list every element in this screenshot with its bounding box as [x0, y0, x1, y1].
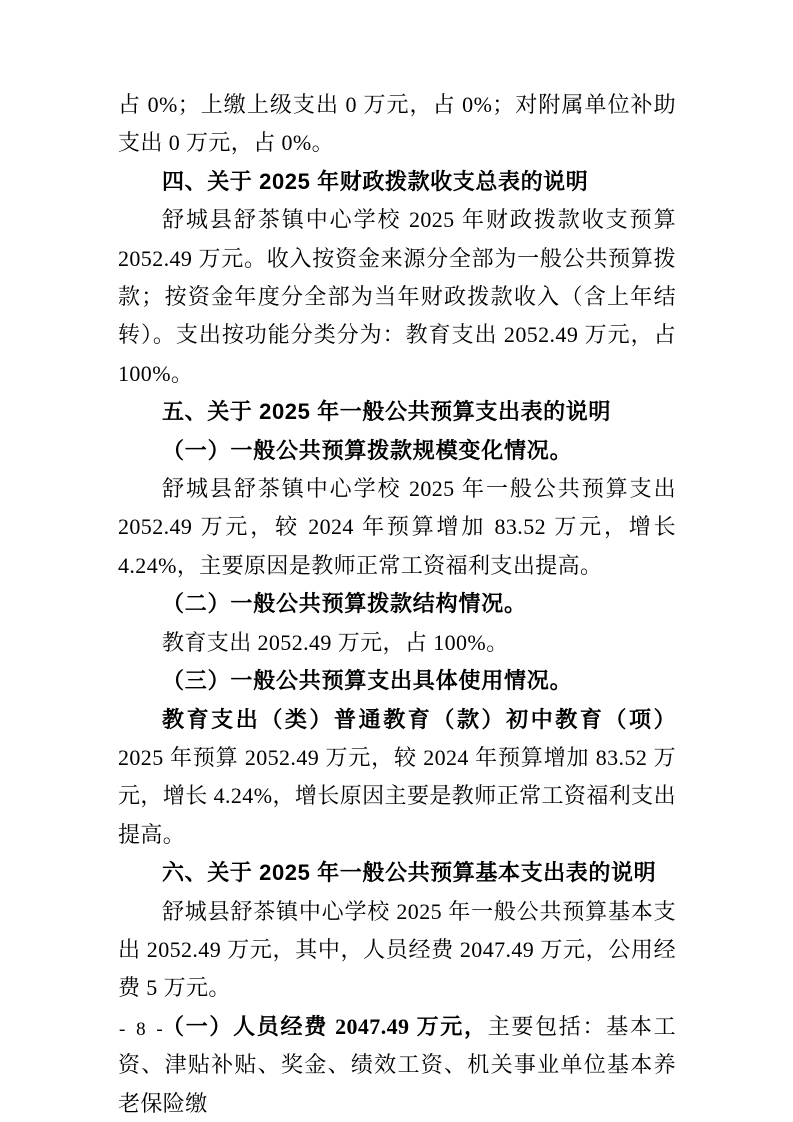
paragraph-section5-1-body: 舒城县舒茶镇中心学校 2025 年一般公共预算支出 2052.49 万元，较 2…	[118, 470, 676, 585]
subheading-5-3: （三）一般公共预算支出具体使用情况。	[118, 662, 676, 700]
paragraph-section6-1-bold-run: （一）人员经费 2047.49 万元，	[162, 1014, 488, 1039]
document-page: 占 0%；上缴上级支出 0 万元，占 0%；对附属单位补助支出 0 万元，占 0…	[0, 0, 793, 1122]
paragraph-section5-3-bold-run: 教育支出（类）普通教育（款）初中教育（项）	[162, 707, 676, 732]
paragraph-section5-2-body: 教育支出 2052.49 万元，占 100%。	[118, 624, 676, 662]
paragraph-carryover: 占 0%；上缴上级支出 0 万元，占 0%；对附属单位补助支出 0 万元，占 0…	[118, 86, 676, 163]
subheading-5-2: （二）一般公共预算拨款结构情况。	[118, 585, 676, 623]
section-heading-5: 五、关于 2025 年一般公共预算支出表的说明	[118, 393, 676, 431]
section-heading-4: 四、关于 2025 年财政拨款收支总表的说明	[118, 163, 676, 201]
paragraph-section6-body: 舒城县舒茶镇中心学校 2025 年一般公共预算基本支出 2052.49 万元，其…	[118, 893, 676, 1008]
document-body: 占 0%；上缴上级支出 0 万元，占 0%；对附属单位补助支出 0 万元，占 0…	[118, 86, 676, 1122]
paragraph-section6-1-body: （一）人员经费 2047.49 万元，主要包括：基本工资、津贴补贴、奖金、绩效工…	[118, 1008, 676, 1122]
page-number: - 8 -	[119, 1018, 166, 1042]
section-heading-6: 六、关于 2025 年一般公共预算基本支出表的说明	[118, 854, 676, 892]
paragraph-section5-3-regular-run: 2025 年预算 2052.49 万元，较 2024 年预算增加 83.52 万…	[118, 745, 676, 847]
paragraph-section5-3-body: 教育支出（类）普通教育（款）初中教育（项）2025 年预算 2052.49 万元…	[118, 701, 676, 855]
subheading-5-1: （一）一般公共预算拨款规模变化情况。	[118, 432, 676, 470]
paragraph-section4-body: 舒城县舒茶镇中心学校 2025 年财政拨款收支预算 2052.49 万元。收入按…	[118, 201, 676, 393]
